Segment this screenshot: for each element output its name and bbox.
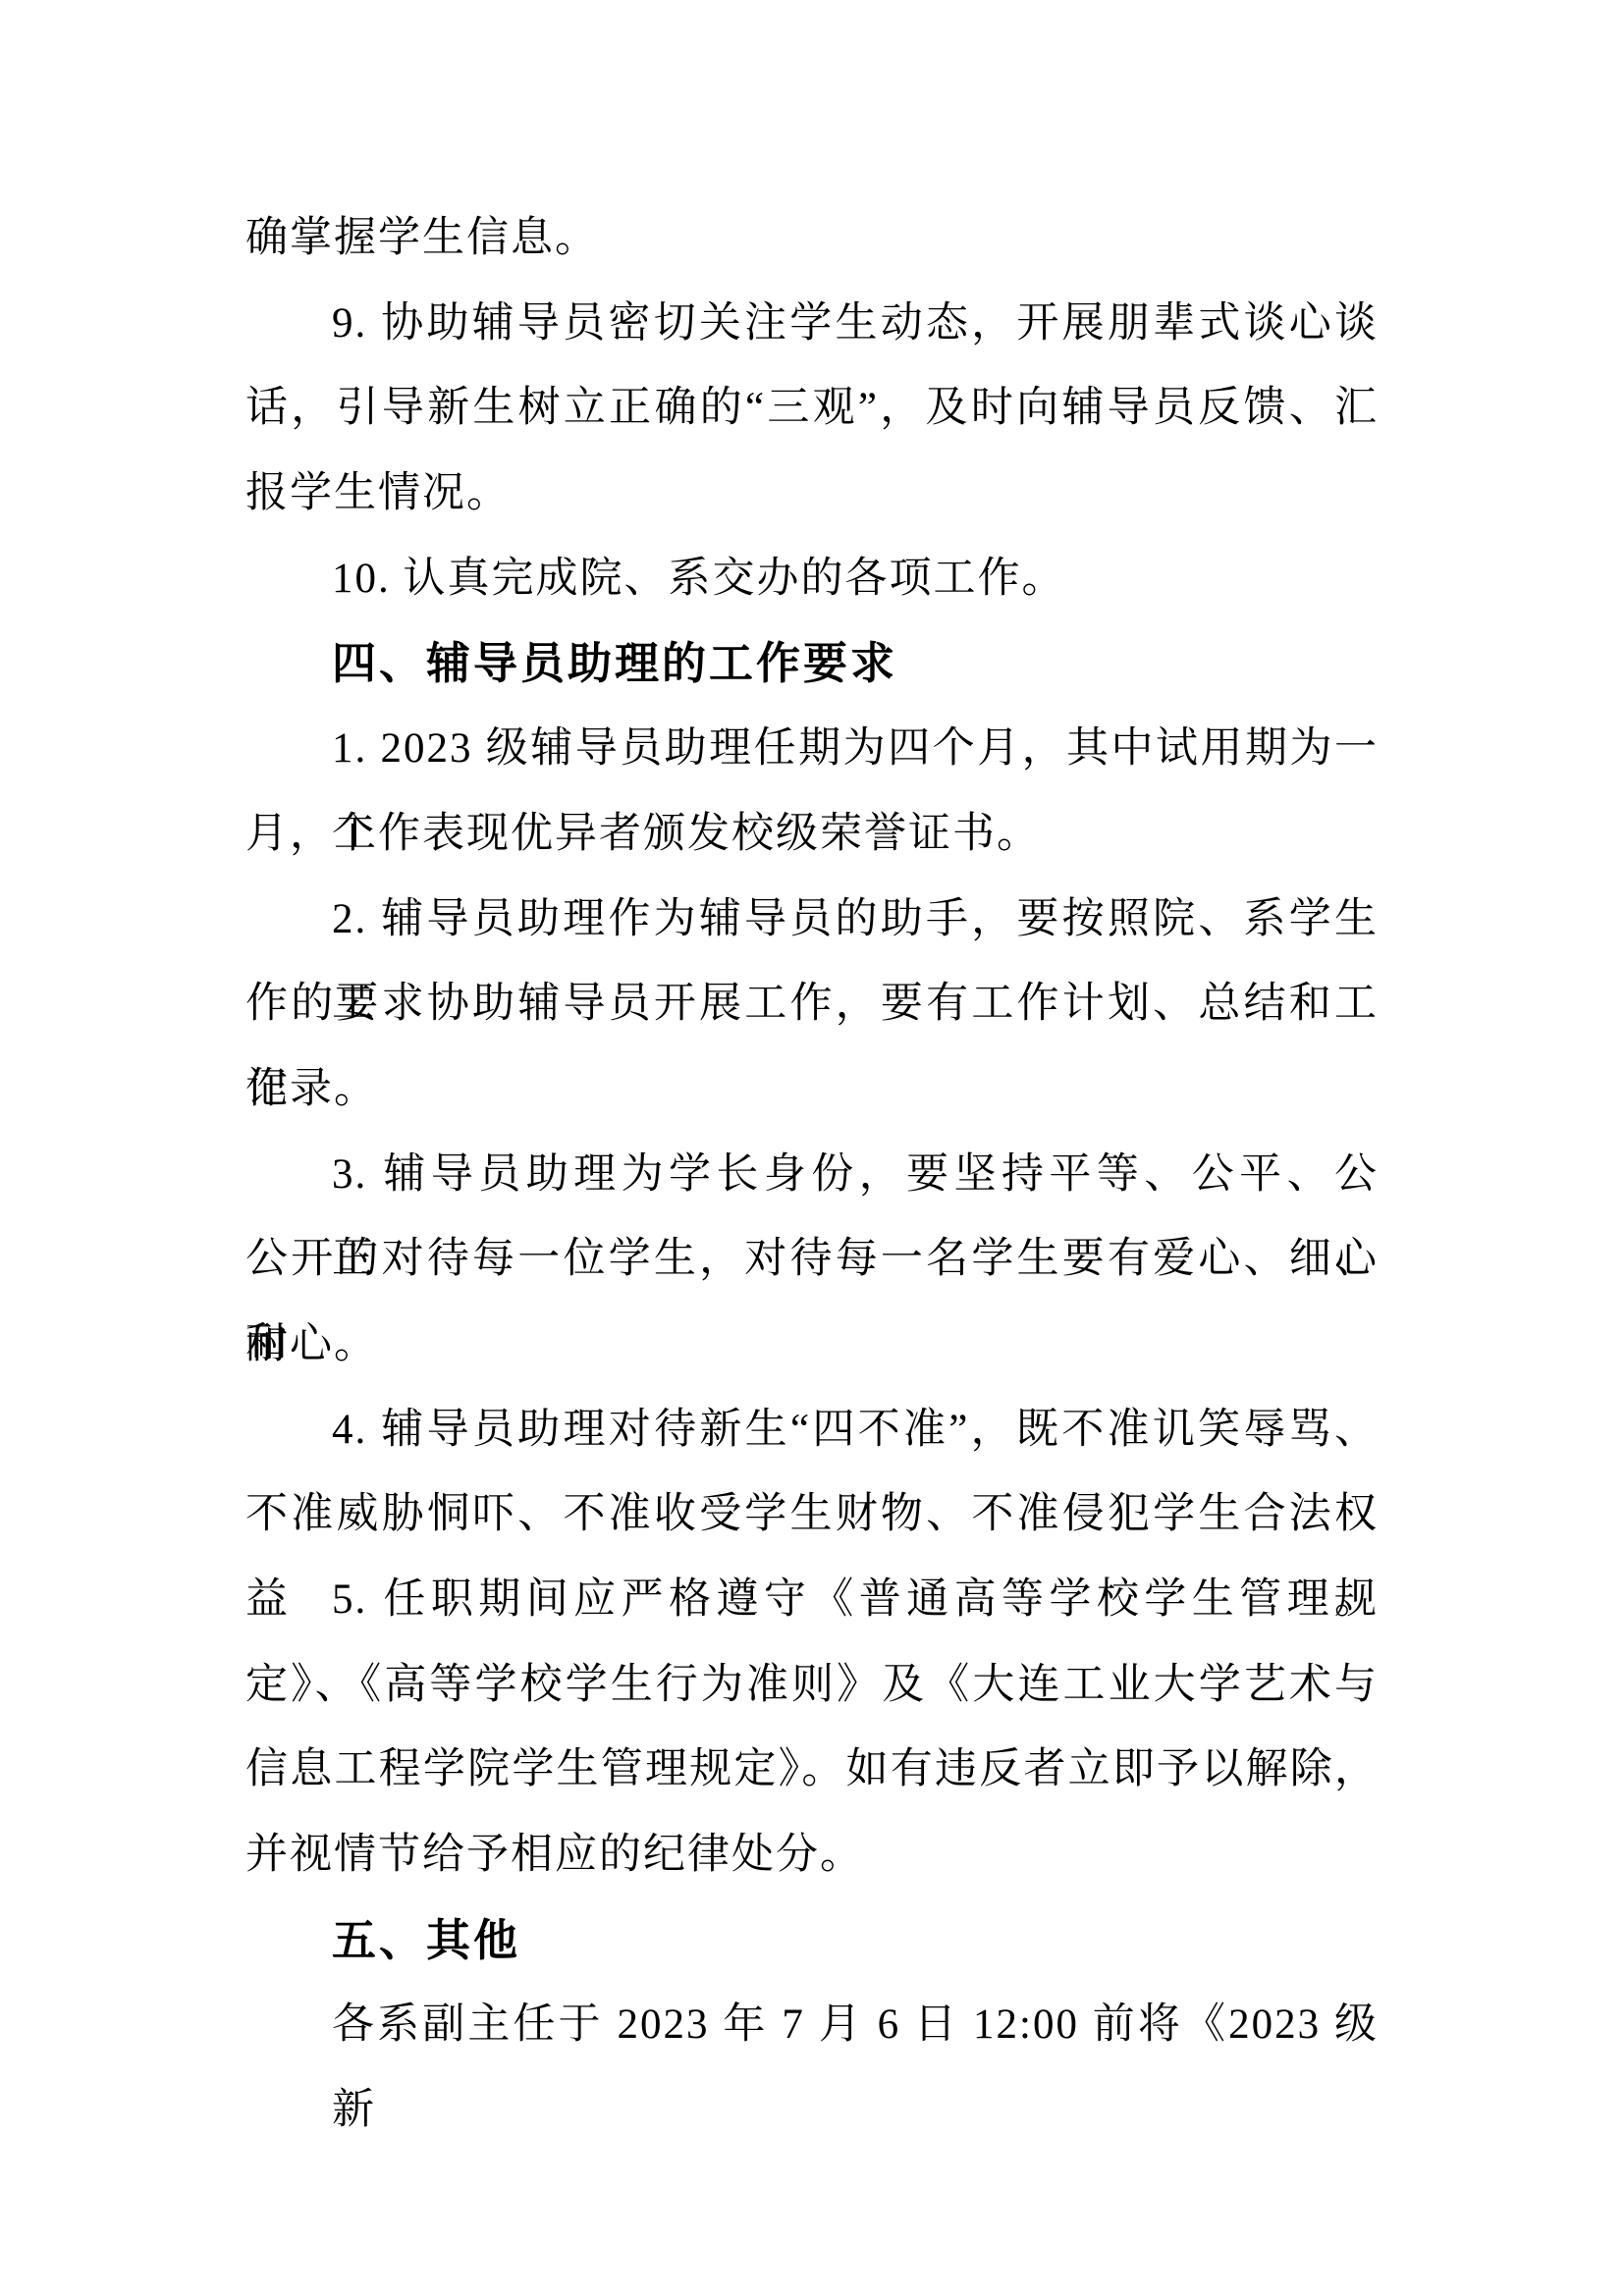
text-line: 记录。 [245, 1047, 1379, 1133]
text-line: 9. 协助辅导员密切关注学生动态，开展朋辈式谈心谈 [245, 282, 1379, 367]
document-text-body: 确掌握学生信息。9. 协助辅导员密切关注学生动态，开展朋辈式谈心谈话，引导新生树… [245, 196, 1379, 2068]
text-line: 5. 任职期间应严格遵守《普通高等学校学生管理规 [245, 1558, 1379, 1643]
text-line: 话，引导新生树立正确的“三观”，及时向辅导员反馈、汇 [245, 366, 1379, 452]
text-line: 2. 辅导员助理作为辅导员的助手，要按照院、系学生工 [245, 878, 1379, 963]
text-line: 1. 2023 级辅导员助理任期为四个月，其中试用期为一个 [245, 707, 1379, 792]
text-line: 报学生情况。 [245, 452, 1379, 537]
text-line: 耐心。 [245, 1303, 1379, 1388]
text-line: 不准威胁恫吓、不准收受学生财物、不准侵犯学生合法权益。 [245, 1472, 1379, 1558]
document-page: 确掌握学生信息。9. 协助辅导员密切关注学生动态，开展朋辈式谈心谈话，引导新生树… [0, 0, 1624, 2296]
text-line: 并视情节给予相应的纪律处分。 [245, 1813, 1379, 1898]
text-line: 月，工作表现优异者颁发校级荣誉证书。 [245, 792, 1379, 878]
text-line: 各系副主任于 2023 年 7 月 6 日 12:00 前将《2023 级新 [245, 1983, 1379, 2068]
text-line: 信息工程学院学生管理规定》。如有违反者立即予以解除， [245, 1728, 1379, 1813]
section-heading: 四、辅导员助理的工作要求 [245, 621, 1379, 707]
section-heading: 五、其他 [245, 1898, 1379, 1984]
text-line: 10. 认真完成院、系交办的各项工作。 [245, 537, 1379, 622]
text-line: 3. 辅导员助理为学长身份，要坚持平等、公平、公正、 [245, 1133, 1379, 1218]
text-line: 作的要求协助辅导员开展工作，要有工作计划、总结和工作 [245, 962, 1379, 1047]
text-line: 定》、《高等学校学生行为准则》及《大连工业大学艺术与 [245, 1643, 1379, 1729]
text-line: 确掌握学生信息。 [245, 196, 1379, 282]
text-line: 公开的对待每一位学生，对待每一名学生要有爱心、细心和 [245, 1217, 1379, 1303]
text-line: 4. 辅导员助理对待新生“四不准”，既不准讥笑辱骂、 [245, 1388, 1379, 1473]
